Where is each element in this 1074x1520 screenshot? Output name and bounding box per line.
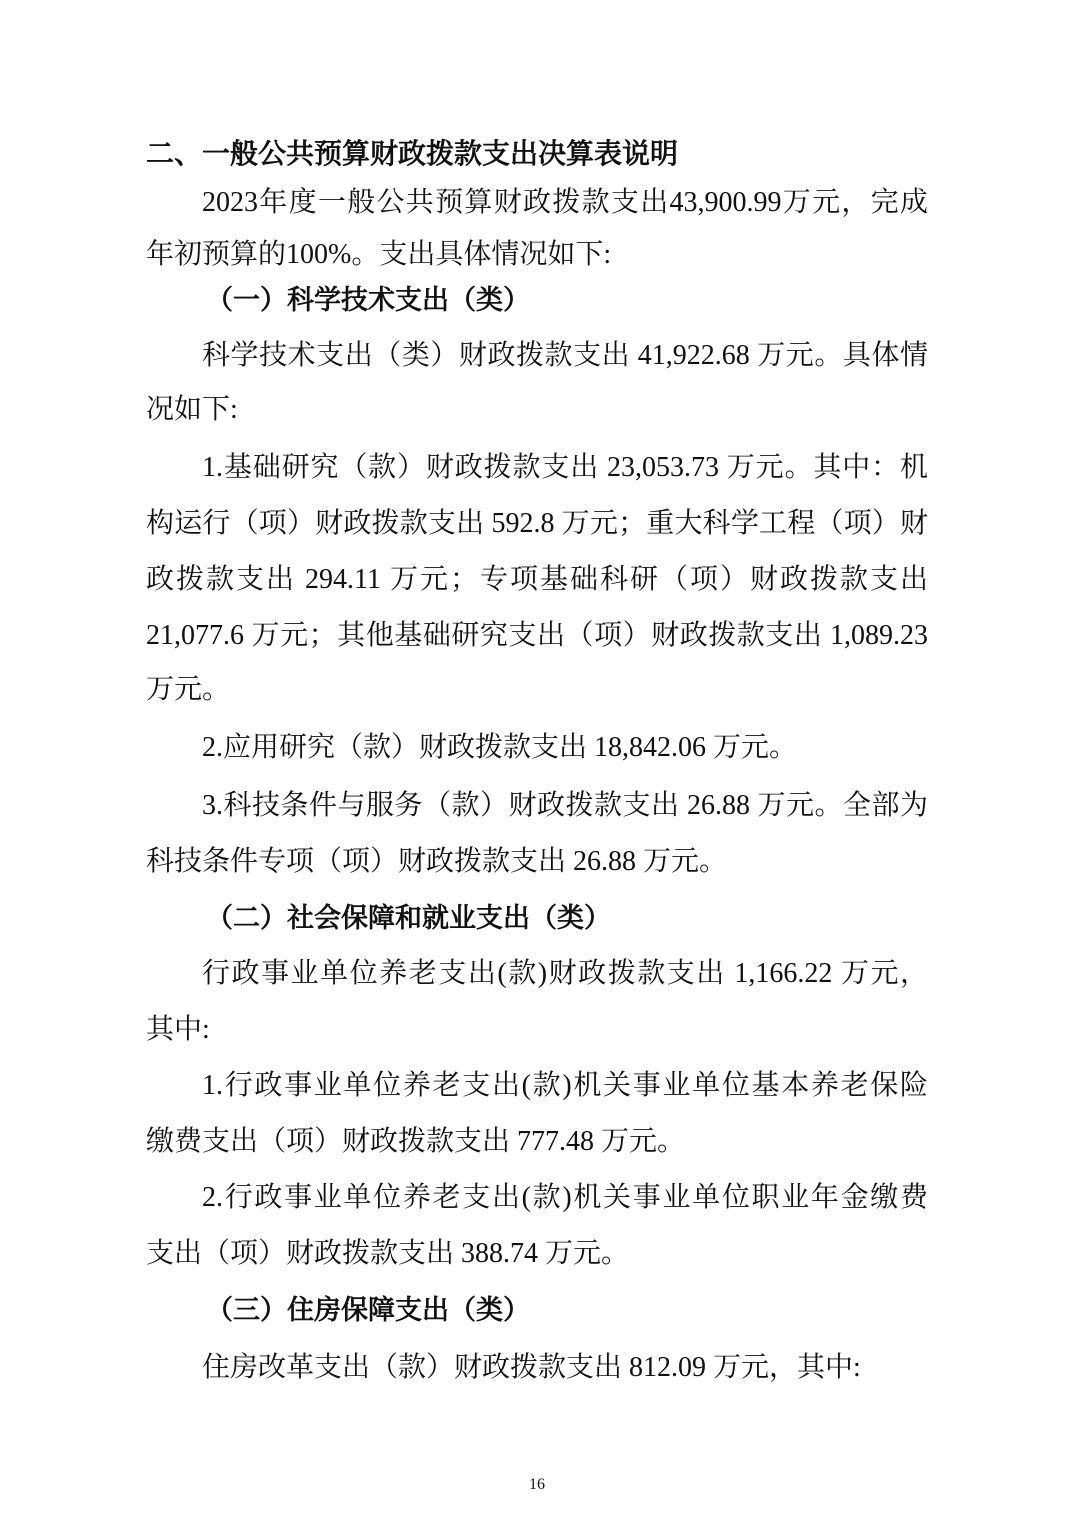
paragraph-line: 行政事业单位养老支出(款)财政拨款支出 1,166.22 万元，: [202, 956, 928, 992]
paragraph-line: 1.基础研究（款）财政拨款支出 23,053.73 万元。其中：机: [202, 450, 928, 486]
section-title: 二、一般公共预算财政拨款支出决算表说明: [146, 136, 678, 172]
paragraph-line: 1.行政事业单位养老支出(款)机关事业单位基本养老保险: [202, 1068, 928, 1104]
paragraph-line: 科技条件专项（项）财政拨款支出 26.88 万元。: [146, 844, 727, 880]
paragraph-line: 万元。: [146, 672, 230, 708]
paragraph-line: 2.应用研究（款）财政拨款支出 18,842.06 万元。: [202, 730, 797, 766]
paragraph-line: 科学技术支出（类）财政拨款支出 41,922.68 万元。具体情: [202, 338, 928, 374]
subsection-heading-science: （一）科学技术支出（类）: [206, 282, 530, 318]
paragraph-line: 况如下:: [146, 392, 238, 428]
intro-paragraph-line: 年初预算的100%。支出具体情况如下:: [146, 237, 611, 273]
paragraph-line: 21,077.6 万元；其他基础研究支出（项）财政拨款支出 1,089.23: [146, 618, 928, 654]
subsection-heading-housing: （三）住房保障支出（类）: [206, 1292, 530, 1328]
page-number: 16: [0, 1475, 1074, 1495]
subsection-heading-social-security: （二）社会保障和就业支出（类）: [206, 900, 611, 936]
paragraph-line: 构运行（项）财政拨款支出 592.8 万元；重大科学工程（项）财: [146, 506, 928, 542]
paragraph-line: 缴费支出（项）财政拨款支出 777.48 万元。: [146, 1124, 685, 1160]
paragraph-line: 其中:: [146, 1012, 210, 1048]
paragraph-line: 住房改革支出（款）财政拨款支出 812.09 万元，其中:: [202, 1350, 861, 1386]
paragraph-line: 3.科技条件与服务（款）财政拨款支出 26.88 万元。全部为: [202, 788, 928, 824]
paragraph-line: 政拨款支出 294.11 万元；专项基础科研（项）财政拨款支出: [146, 562, 928, 598]
paragraph-line: 支出（项）财政拨款支出 388.74 万元。: [146, 1236, 629, 1272]
paragraph-line: 2.行政事业单位养老支出(款)机关事业单位职业年金缴费: [202, 1180, 928, 1216]
intro-paragraph-line: 2023年度一般公共预算财政拨款支出43,900.99万元，完成: [202, 185, 928, 221]
